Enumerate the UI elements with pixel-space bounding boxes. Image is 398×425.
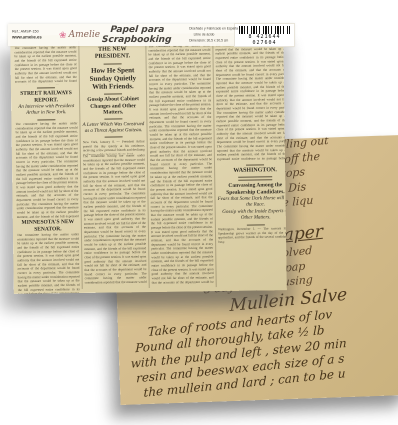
brand-name: Amelie [69,30,100,40]
product-info: Diseñado y Fabricado en España Libre de … [177,26,231,44]
body-text: The committee having the matter under co… [215,43,286,162]
reference-block: Ref.: AMSP-150 www.amelie.es [12,29,55,41]
deck-headline-3: Gossip with the Inside Experts — Other M… [218,209,287,222]
newspaper-column-2: THE NEW PRESIDENT. How He Spent Sunday Q… [81,45,146,288]
brand-logo: ❀ Amelie [59,30,97,40]
flower-icon: ❀ [59,31,67,40]
body-text: The committee having the matter under co… [14,46,77,85]
column1-subhead: An Interview with President Arthur in Ne… [15,104,77,117]
website-text: www.amelie.es [12,36,42,40]
divider-rule [247,224,265,225]
kicker-headline: THE NEW PRESIDENT. [81,46,143,61]
barcode-bars [239,26,290,34]
divider-rule [246,164,264,165]
divider-rule [104,63,122,64]
barcode-digits: 8 421644 027604 [235,34,294,46]
newspaper-column-4: The committee having the matter under co… [215,43,286,286]
reference-number: Ref.: AMSP-150 [12,30,39,34]
body-text: The committee having the matter under co… [17,233,80,294]
divider-rule [37,87,55,88]
product-title: Papel para Scrapbooking [100,25,173,45]
divider-rule [37,119,55,120]
dateline: New York, January 8. — President Arthur … [83,140,145,155]
column1-header2: MINNESOTA'S NEW SENATOR. [17,219,79,233]
divider-rule [104,118,122,119]
body-text: The committee having the matter under co… [148,44,213,285]
section-header: WASHINGTON. [217,167,287,175]
main-headline: How He Spent Sunday Quietly With Friends… [82,66,144,91]
product-label: Ref.: AMSP-150 www.amelie.es ❀ Amelie Pa… [8,24,294,46]
column1-header: STREET RAILWAYS REPORT. [15,90,77,104]
info-line: Libre de ácido [189,33,219,36]
double-rule [238,176,272,180]
newspaper-column-3: The committee having the matter under co… [148,44,213,287]
body-text: The committee having the matter under co… [83,154,147,285]
deck-headline-2: Fears that Some Dark Horse will Win the … [217,196,286,209]
info-line: Dimensión: 30,5 x 30,5 cm [189,39,219,42]
body-text: The committee having the matter under co… [15,122,78,219]
deck-headline-1: Gossip About Cabinet Changes and Other M… [82,96,144,116]
product-photo: ent hair falling outgrape tendrils off t… [0,0,398,425]
divider-rule [105,136,123,137]
divider-rule [104,93,122,94]
info-line: Diseñado y Fabricado en España [189,27,219,30]
newspaper-sheet: The committee having the matter under co… [10,32,287,294]
newspaper-column-1: The committee having the matter under co… [14,46,79,289]
deck-headline-1: Canvassing Among the Speakership Candida… [217,182,287,196]
barcode: 8 421644 027604 [235,24,294,46]
deck-headline-2: A Letter Which Was Construed as a Threat… [82,122,144,135]
dateline: Washington, December 1. — The canvass fo… [218,227,287,245]
